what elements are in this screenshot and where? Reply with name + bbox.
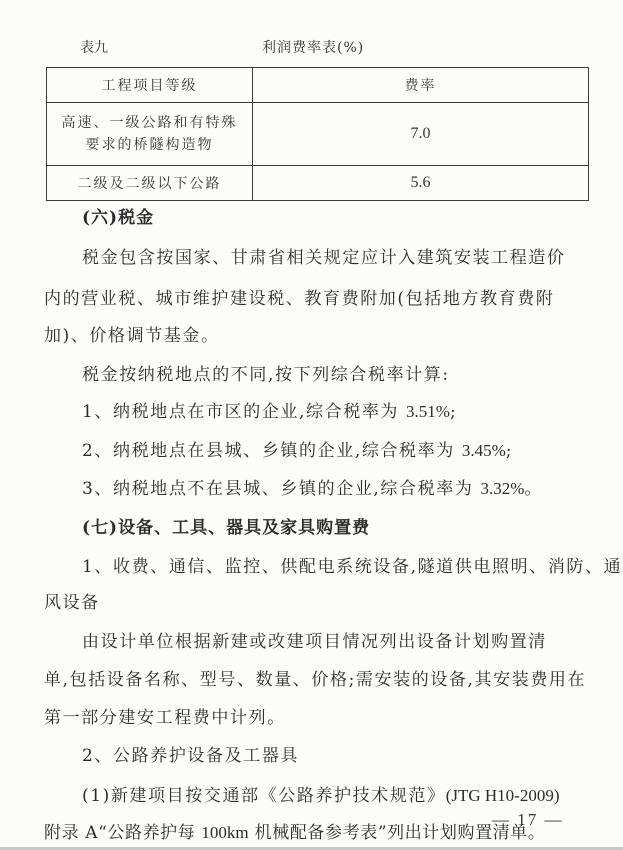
page-number: — 17 — (492, 810, 564, 830)
list-item: 2、纳税地点在县城、乡镇的企业,综合税率为 3.45%; (82, 441, 623, 461)
table-number: 表九 (80, 37, 108, 57)
section-heading-equipment: (七)设备、工具、器具及家具购置费 (82, 518, 623, 538)
paragraph-line: (1)新建项目按交通部《公路养护技术规范》(JTG H10-2009) (82, 786, 623, 806)
paragraph-line: 税金按纳税地点的不同,按下列综合税率计算: (82, 365, 623, 385)
paragraph-line: 单,包括设备名称、型号、数量、价格;需安装的设备,其安装费用在 (44, 670, 590, 690)
paragraph-line: 内的营业税、城市维护建设税、教育费附加(包括地方教育费附 (44, 289, 590, 309)
cell-grade: 高速、一级公路和有特殊 要求的桥隧构造物 (47, 103, 253, 166)
section-heading-tax: (六)税金 (82, 208, 623, 228)
cell-rate: 7.0 (253, 103, 589, 166)
paragraph-line: 第一部分建安工程费中计列。 (44, 708, 590, 728)
header-rate: 费率 (253, 68, 589, 103)
header-grade: 工程项目等级 (47, 68, 253, 103)
paragraph-line: 加)、价格调节基金。 (44, 326, 590, 346)
table-header-row: 工程项目等级 费率 (47, 68, 589, 103)
cell-rate: 5.6 (253, 166, 589, 201)
list-item: 1、纳税地点在市区的企业,综合税率为 3.51%; (82, 402, 623, 422)
cell-grade-line2: 要求的桥隧构造物 (47, 134, 252, 156)
list-item: 3、纳税地点不在县城、乡镇的企业,综合税率为 3.32%。 (82, 479, 623, 499)
table-title: 利润费率表(%) (262, 37, 364, 57)
paragraph-line: 风设备 (44, 593, 590, 613)
table-row: 二级及二级以下公路 5.6 (47, 166, 589, 201)
cell-grade: 二级及二级以下公路 (47, 166, 253, 201)
tax-rate: 3.45% (462, 441, 506, 460)
table-row: 高速、一级公路和有特殊 要求的桥隧构造物 7.0 (47, 103, 589, 166)
paragraph-line: 2、公路养护设备及工器具 (82, 746, 623, 766)
paragraph-line: 1、收费、通信、监控、供配电系统设备,隧道供电照明、消防、通 (82, 557, 623, 577)
tax-rate: 3.32% (480, 479, 524, 498)
document-page: 表九 利润费率表(%) 工程项目等级 费率 高速、一级公路和有特殊 要求的桥隧构… (0, 0, 623, 848)
cell-grade-line1: 高速、一级公路和有特殊 (47, 112, 252, 134)
paragraph-line: 由设计单位根据新建或改建项目情况列出设备计划购置清 (82, 632, 623, 652)
profit-rate-table: 工程项目等级 费率 高速、一级公路和有特殊 要求的桥隧构造物 7.0 二级及二级… (46, 67, 589, 201)
tax-rate: 3.51% (406, 402, 450, 421)
paragraph-line: 税金包含按国家、甘肃省相关规定应计入建筑安装工程造价 (82, 248, 623, 268)
